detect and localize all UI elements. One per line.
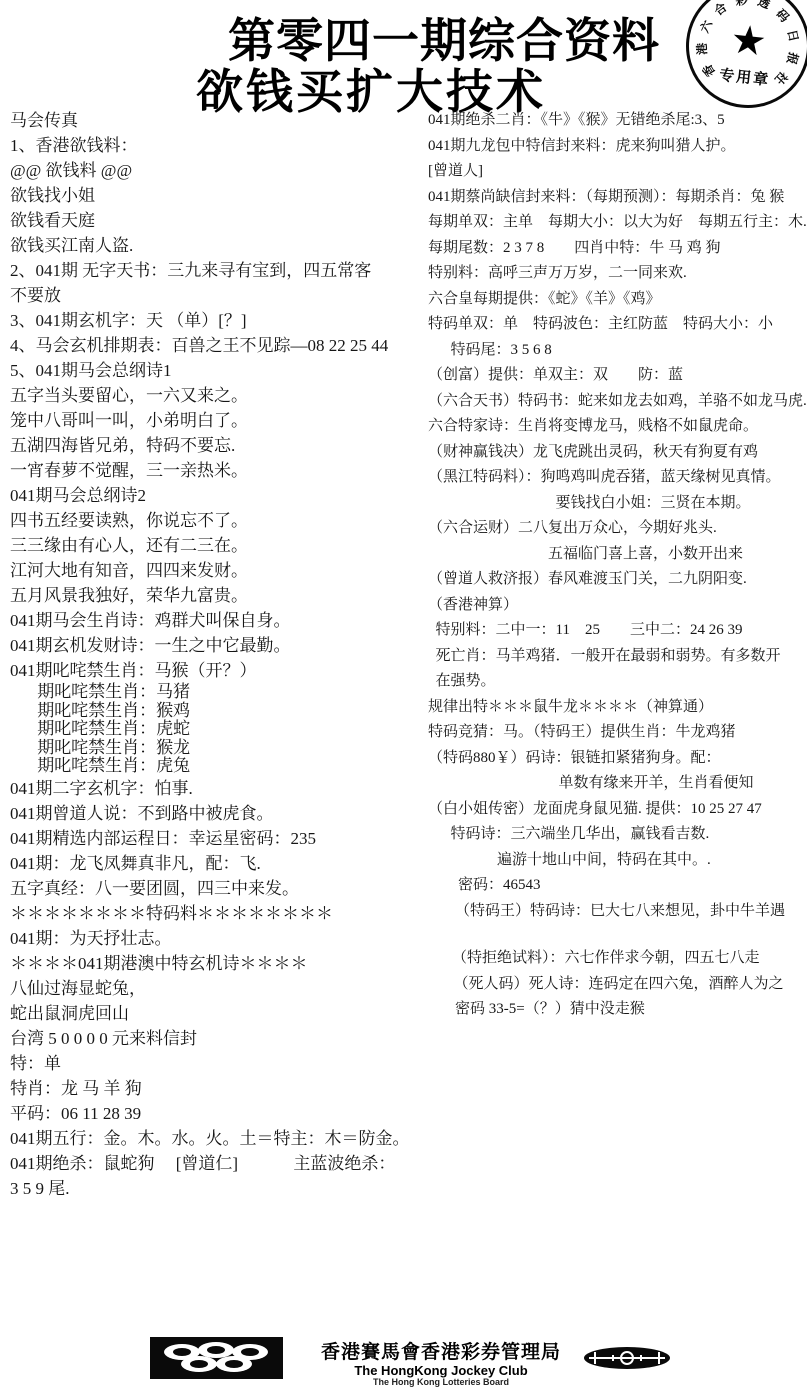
star-icon: ★ [729,20,769,64]
text-line: （特码880￥）码诗：银链扣紧猪狗身。配： [428,746,807,772]
text-line: 五湖四海皆兄弟，特码不要忘. [10,433,422,458]
text-line: 在强势。 [428,669,807,695]
text-line: （白小姐传密）龙面虎身鼠见猫. 提供：10 25 27 47 [428,797,807,823]
text-line: 3 5 9 尾. [10,1176,422,1201]
stamp-ring-char: 香 [698,60,719,80]
text-line: 041期：龙飞凤舞真非凡，配：飞. [10,851,422,876]
text-line: 特码竞猜：马。（特码王）提供生肖：牛龙鸡猪 [428,720,807,746]
text-line: @@ 欲钱料 @@ [10,158,422,183]
text-line: 笼中八哥叫一叫，小弟明白了。 [10,408,422,433]
text-line: 一宵春萝不觉醒，三一亲热米。 [10,458,422,483]
text-line: 041期马会生肖诗：鸡群犬叫保自身。 [10,608,422,633]
text-line: 遍游十地山中间，特码在其中。. [428,848,807,874]
text-line: 041期马会总纲诗2 [10,483,422,508]
right-column: 041期绝杀二肖：《牛》《猴》无错绝杀尾:3、5041期九龙包中特信封来料：虎来… [428,108,807,1023]
text-line: 期叱咤禁生肖：马猪 [10,683,422,702]
text-line: 4、马会玄机排期表：百兽之王不见踪—08 22 25 44 [10,333,422,358]
text-line: 041期二字玄机字：怕事. [10,776,422,801]
text-line: 五字真经：八一要团圆，四三中来发。 [10,876,422,901]
text-line: 马会传真 [10,108,422,133]
stamp-ring-char: 码 [772,5,793,26]
text-line: 特码单双：单 特码波色：主红防蓝 特码大小：小 [428,312,807,338]
text-line: 八仙过海显蛇兔， [10,976,422,1001]
text-line: 特码尾：3 5 6 8 [428,338,807,364]
text-line: 041期蔡尚缺信封来料：（每期预测）：每期杀肖：兔 猴 [428,185,807,211]
text-line: 041期绝杀：鼠蛇狗 [曾道仁] 主蓝波绝杀： [10,1151,422,1176]
stamp-ring-char: 六 [696,17,716,36]
text-line: 死亡肖：马羊鸡猪．一般开在最弱和弱势。有多数开 [428,644,807,670]
text-line: （特拒绝试料）：六七作伴求今朝，四五七八走 [428,946,807,972]
text-line: 期叱咤禁生肖：猴鸡 [10,702,422,721]
text-line: 特肖：龙 马 羊 狗 [10,1076,422,1101]
text-line: 041期：为天抒壮志。 [10,926,422,951]
text-line: 六合特家诗：生肖将变博龙马，贱格不如鼠虎命。 [428,414,807,440]
text-line: （六合运财）二八复出万众心，今期好兆头. [428,516,807,542]
text-line: ＊＊＊＊＊＊＊＊特码料＊＊＊＊＊＊＊＊ [10,901,422,926]
stamp-ring-char: 报 [783,49,802,67]
text-line: 六合皇每期提供：《蛇》《羊》《鸡》 [428,287,807,313]
text-line: 五字当头要留心，一六又来之。 [10,383,422,408]
text-line: 三三缘由有心人，还有二三在。 [10,533,422,558]
text-line: 041期玄机发财诗：一生之中它最勤。 [10,633,422,658]
left-column: 马会传真1、香港欲钱料：@@ 欲钱料 @@欲钱找小姐欲钱看天庭欲钱买江南人盗.2… [10,108,422,1201]
text-line: （死人码）死人诗：连码定在四六兔，酒醉人为之 [428,972,807,998]
text-line: ＊＊＊＊041期港澳中特玄机诗＊＊＊＊ [10,951,422,976]
text-line: （黑江特码料）：狗鸣鸡叫虎吞猪，蓝天缘树见真情。 [428,465,807,491]
text-line: 单数有缘来开羊，生肖看便知 [428,771,807,797]
text-line: 特：单 [10,1051,422,1076]
text-line: 特别料：高呼三声万万岁，二一同来欢. [428,261,807,287]
text-line: 五月风景我独好，荣华九富贵。 [10,583,422,608]
text-line: 期叱咤禁生肖：虎兔 [10,757,422,776]
jockey-club-logo [150,1337,283,1384]
text-line: （财神赢钱决）龙飞虎跳出灵码，秋天有狗夏有鸡 [428,440,807,466]
text-line: 要钱找白小姐：三贤在本期。 [428,491,807,517]
text-line: （香港神算） [428,593,807,619]
text-line: 平码：06 11 28 39 [10,1101,422,1126]
text-line: 特码诗：三六端坐几华出，赢钱看吉数. [428,822,807,848]
stamp-ring-char: 社 [770,67,791,88]
text-line: 041期九龙包中特信封来料：虎来狗叫猎人护。 [428,134,807,160]
text-line: 041期绝杀二肖：《牛》《猴》无错绝杀尾:3、5 [428,108,807,134]
text-line: 每期尾数：2 3 7 8 四肖中特：牛 马 鸡 狗 [428,236,807,262]
text-line: 3、041期玄机字：天 （单）[？] [10,308,422,333]
text-line: 台湾 5 0 0 0 0 元来料信封 [10,1026,422,1051]
stamp-ring-char: 港 [694,41,711,56]
footer-club-sub-en: The Hong Kong Lotteries Board [296,1377,586,1387]
text-line: 2、041期 无字天书：三九来寻有宝到，四五常客 [10,258,422,283]
text-line: 期叱咤禁生肖：虎蛇 [10,720,422,739]
footer-club-name-en: The HongKong Jockey Club [296,1364,586,1377]
special-seal-stamp: 香港六合彩透码日报社 ★ 专用章 [680,0,807,114]
text-line: 欲钱看天庭 [10,208,422,233]
footer-organization-block: 香港賽馬會香港彩券管理局 The HongKong Jockey Club Th… [296,1337,586,1387]
text-line: 1、香港欲钱料： [10,133,422,158]
text-line: 密码 33-5=（？）猜中没走猴 [428,997,807,1023]
text-line: （创富）提供：单双主：双 防：蓝 [428,363,807,389]
text-line: 041期叱咤禁生肖：马猴（开？） [10,658,422,683]
text-line: 5、041期马会总纲诗1 [10,358,422,383]
stamp-ring-char: 合 [710,0,731,20]
text-line: 041期曾道人说：不到路中被虎食。 [10,801,422,826]
text-line: 欲钱买江南人盗. [10,233,422,258]
text-line: 欲钱找小姐 [10,183,422,208]
text-line: 041期五行：金。木。水。火。土＝特主：木＝防金。 [10,1126,422,1151]
stamp-ring-char: 透 [755,0,774,13]
stamp-ring-char: 日 [783,27,802,44]
footer-club-name-cn: 香港賽馬會香港彩券管理局 [296,1337,586,1364]
text-line: 五福临门喜上喜，小数开出来 [428,542,807,568]
text-line: 041期精选内部运程日：幸运星密码：235 [10,826,422,851]
text-line: 密码：46543 [428,873,807,899]
text-line: 特别料：二中一：11 25 三中二：24 26 39 [428,618,807,644]
text-line: 四书五经要读熟，你说忘不了。 [10,508,422,533]
text-line: 蛇出鼠洞虎回山 [10,1001,422,1026]
text-line: 江河大地有知音，四四来发财。 [10,558,422,583]
scanned-lottery-sheet: { "header": { "title_line1": "第零四一期综合资料"… [0,0,807,1388]
text-line: 每期单双：主单 每期大小：以大为好 每期五行主：木. [428,210,807,236]
text-line: 不要放 [10,283,422,308]
text-line: （曾道人救济报）春风难渡玉门关，二九阴阳变. [428,567,807,593]
text-line: 规律出特＊＊＊鼠牛龙＊＊＊＊（神算通） [428,695,807,721]
lotteries-board-logo [583,1346,671,1375]
text-line: （六合天书）特码书：蛇来如龙去如鸡，羊骆不如龙马虎. [428,389,807,415]
text-line: （特码王）特码诗：巳大七八来想见，卦中牛羊遇 [428,899,807,925]
text-line: 期叱咤禁生肖：猴龙 [10,739,422,758]
stamp-ring-char: 彩 [733,0,749,9]
text-line: [曾道人] [428,159,807,185]
stamp-label: 专用章 [718,63,771,89]
